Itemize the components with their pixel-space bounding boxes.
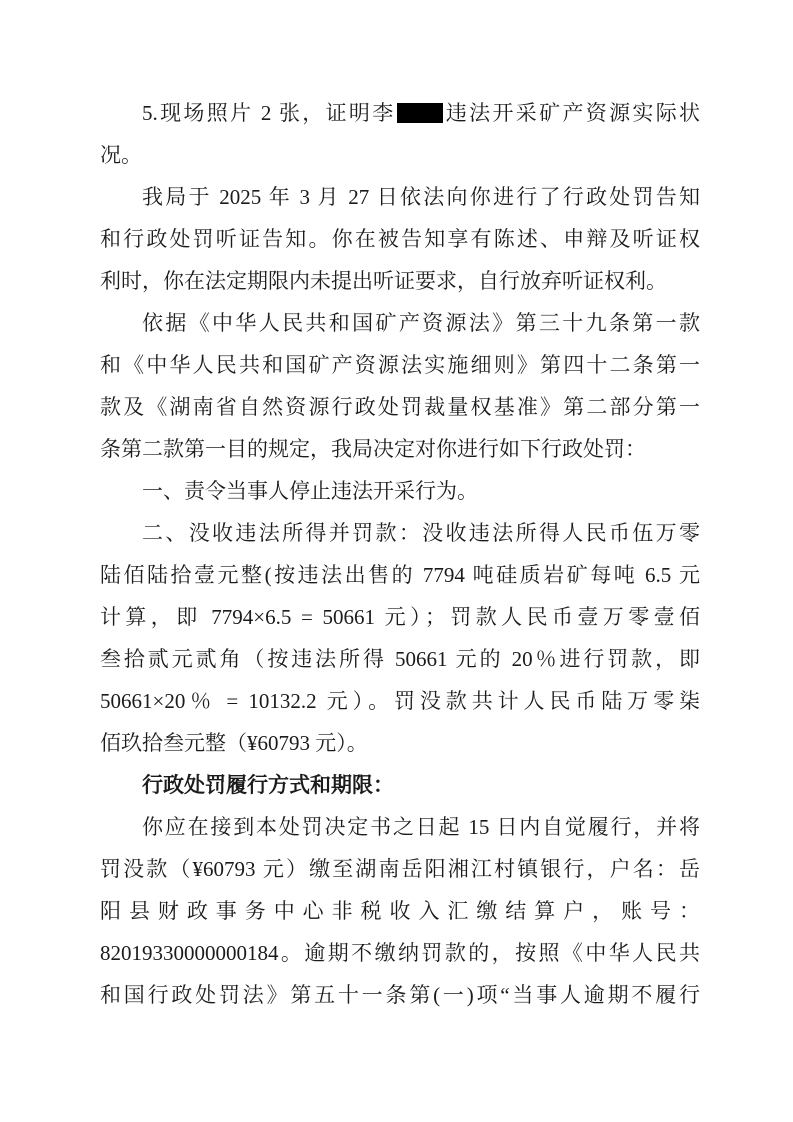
text-line: 罚没款（¥60793 元）缴至湖南岳阳湘江村镇银行，户名：岳 (100, 848, 700, 890)
text-line: 况。 (100, 134, 700, 176)
text-line: 叁拾贰元贰角（按违法所得 50661 元的 20％进行罚款，即 (100, 638, 700, 680)
text-line: 阳县财政事务中心非税收入汇缴结算户，账号： (100, 890, 700, 932)
text-line: 和行政处罚听证告知。你在被告知享有陈述、申辩及听证权 (100, 218, 700, 260)
text-segment: 5.现场照片 2 张，证明李 (142, 101, 396, 125)
text-line: 二、没收违法所得并罚款：没收违法所得人民币伍万零 (100, 512, 700, 554)
document-body: 5.现场照片 2 张，证明李违法开采矿产资源实际状 况。 我局于 2025 年 … (100, 92, 700, 1016)
redaction-box (397, 103, 443, 123)
text-line: 利时，你在法定期限内未提出听证要求，自行放弃听证权利。 (100, 260, 700, 302)
document-page: 5.现场照片 2 张，证明李违法开采矿产资源实际状 况。 我局于 2025 年 … (0, 0, 793, 1122)
text-line: 陆佰陆拾壹元整(按违法出售的 7794 吨硅质岩矿每吨 6.5 元 (100, 554, 700, 596)
paragraph-notification: 我局于 2025 年 3 月 27 日依法向你进行了行政处罚告知 和行政处罚听证… (100, 176, 700, 302)
paragraph-penalty-item-1: 一、责令当事人停止违法开采行为。 (100, 470, 700, 512)
text-line: 计算，即 7794×6.5 = 50661 元）；罚款人民币壹万零壹佰 (100, 596, 700, 638)
paragraph-legal-basis: 依据《中华人民共和国矿产资源法》第三十九条第一款 和《中华人民共和国矿产资源法实… (100, 302, 700, 470)
text-line: 佰玖拾叁元整（¥60793 元）。 (100, 722, 700, 764)
paragraph-payment-instructions: 你应在接到本处罚决定书之日起 15 日内自觉履行，并将 罚没款（¥60793 元… (100, 806, 700, 1016)
paragraph-evidence-item: 5.现场照片 2 张，证明李违法开采矿产资源实际状 况。 (100, 92, 700, 176)
text-line: 依据《中华人民共和国矿产资源法》第三十九条第一款 (100, 302, 700, 344)
text-line: 82019330000000184。逾期不缴纳罚款的，按照《中华人民共 (100, 932, 700, 974)
text-line: 5.现场照片 2 张，证明李违法开采矿产资源实际状 (100, 92, 700, 134)
text-line: 和《中华人民共和国矿产资源法实施细则》第四十二条第一 (100, 344, 700, 386)
paragraph-penalty-item-2: 二、没收违法所得并罚款：没收违法所得人民币伍万零 陆佰陆拾壹元整(按违法出售的 … (100, 512, 700, 764)
section-heading-performance: 行政处罚履行方式和期限： (100, 764, 700, 806)
text-line: 你应在接到本处罚决定书之日起 15 日内自觉履行，并将 (100, 806, 700, 848)
text-line: 一、责令当事人停止违法开采行为。 (100, 470, 700, 512)
text-line: 我局于 2025 年 3 月 27 日依法向你进行了行政处罚告知 (100, 176, 700, 218)
text-line: 条第二款第一目的规定，我局决定对你进行如下行政处罚： (100, 428, 700, 470)
section-heading-text: 行政处罚履行方式和期限： (100, 764, 700, 806)
text-line: 款及《湖南省自然资源行政处罚裁量权基准》第二部分第一 (100, 386, 700, 428)
text-segment: 违法开采矿产资源实际状 (444, 101, 700, 125)
text-line: 和国行政处罚法》第五十一条第(一)项“当事人逾期不履行 (100, 974, 700, 1016)
text-line: 50661×20％ = 10132.2 元）。罚没款共计人民币陆万零柒 (100, 680, 700, 722)
